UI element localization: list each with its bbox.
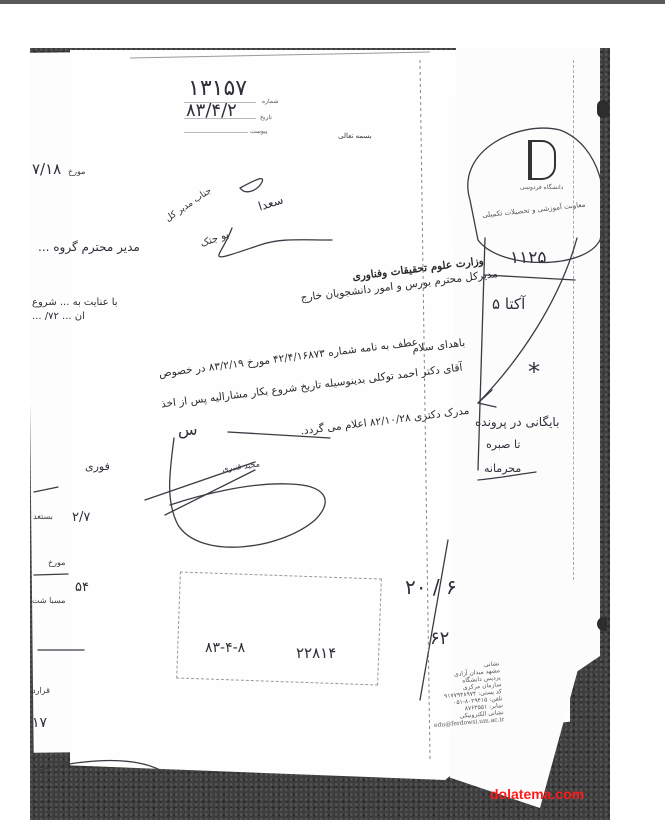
punch-hole [597, 100, 609, 118]
signature-initial: س [178, 420, 198, 439]
stamp-number: ۲۲۸۱۴ [296, 644, 336, 662]
left-note-urgent: فوری [85, 460, 110, 473]
right-star: * [528, 358, 540, 386]
left-addressee: مدیر محترم گروه ... [38, 240, 140, 254]
right-note-1: بایگانی در پرونده [475, 415, 559, 429]
university-emblem-icon [528, 140, 556, 180]
left-ref-value: ۲/۷ [72, 510, 90, 525]
right-note-2: تا صبره [486, 438, 520, 451]
logo-name: دانشگاه فردوسی [520, 184, 563, 191]
left-body-1: با عنایت به ... شروع [32, 297, 118, 308]
left-bottom-value: ۱۷ [32, 715, 47, 731]
left-date-label-2: مورخ [48, 558, 65, 567]
letter-number: ۱۳۱۵۷ [188, 76, 247, 101]
watermark: dolatema.com [490, 786, 584, 802]
right-number: ۱۱۲۵ [510, 248, 547, 268]
left-ref-label-2: مسبا شت [32, 596, 65, 605]
bottom-number: ۲۰ / ۶ [405, 575, 457, 599]
header-rule-2 [184, 118, 256, 119]
attachment-label: پیوست [250, 128, 268, 135]
left-ref-label: بستغد [33, 512, 53, 521]
footer-address: نشانی مشهد میدان آزادی پردیس دانشگاه ساز… [409, 660, 504, 731]
top-bar [0, 0, 665, 4]
stamp-date: ۸۳-۴-۸ [205, 640, 245, 656]
right-file: آکتا ۵ [492, 295, 525, 313]
fold-line [573, 60, 574, 580]
receipt-stamp [176, 572, 382, 686]
header-rule-1 [184, 102, 256, 103]
date-label: تاریخ [260, 114, 272, 121]
right-note-3: محرمانه [484, 462, 521, 475]
left-bottom-label: قرارد [32, 686, 50, 695]
left-ref-value-2: ۵۴ [75, 580, 89, 595]
left-date-label: مورخ [68, 167, 85, 176]
basmala: بسمه تعالی [338, 132, 372, 140]
header-rule-3 [184, 132, 248, 133]
left-date-value: ۷/۱۸ [32, 160, 61, 178]
left-body-2: ان ... ۷۲/ ... [32, 311, 85, 322]
number-label: شماره [262, 98, 278, 105]
punch-hole-2 [597, 617, 607, 631]
bottom-number-2: ۶۲ [430, 628, 449, 649]
